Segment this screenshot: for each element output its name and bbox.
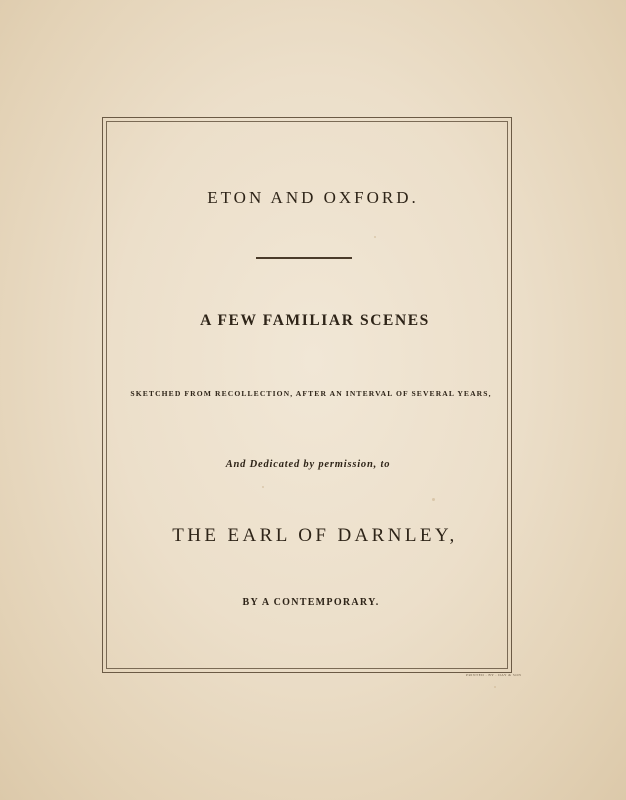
printer-imprint: PRINTED . BY . DAY & SON <box>466 673 521 677</box>
book-subtitle: A FEW FAMILIAR SCENES <box>2 312 626 330</box>
dedicatee-name: THE EARL OF DARNLEY, <box>2 525 626 547</box>
author-line: BY A CONTEMPORARY. <box>0 597 624 608</box>
dedication-line: And Dedicated by permission, to <box>0 459 621 470</box>
description-line: SKETCHED FROM RECOLLECTION, AFTER AN INT… <box>0 389 624 398</box>
foxing-spot <box>374 236 376 238</box>
foxing-spot <box>432 498 435 501</box>
title-page: ETON AND OXFORD. A FEW FAMILIAR SCENES S… <box>0 0 626 800</box>
foxing-spot <box>262 486 264 488</box>
book-title: ETON AND OXFORD. <box>0 188 626 208</box>
foxing-spot <box>494 686 496 688</box>
title-rule-divider <box>256 257 352 259</box>
